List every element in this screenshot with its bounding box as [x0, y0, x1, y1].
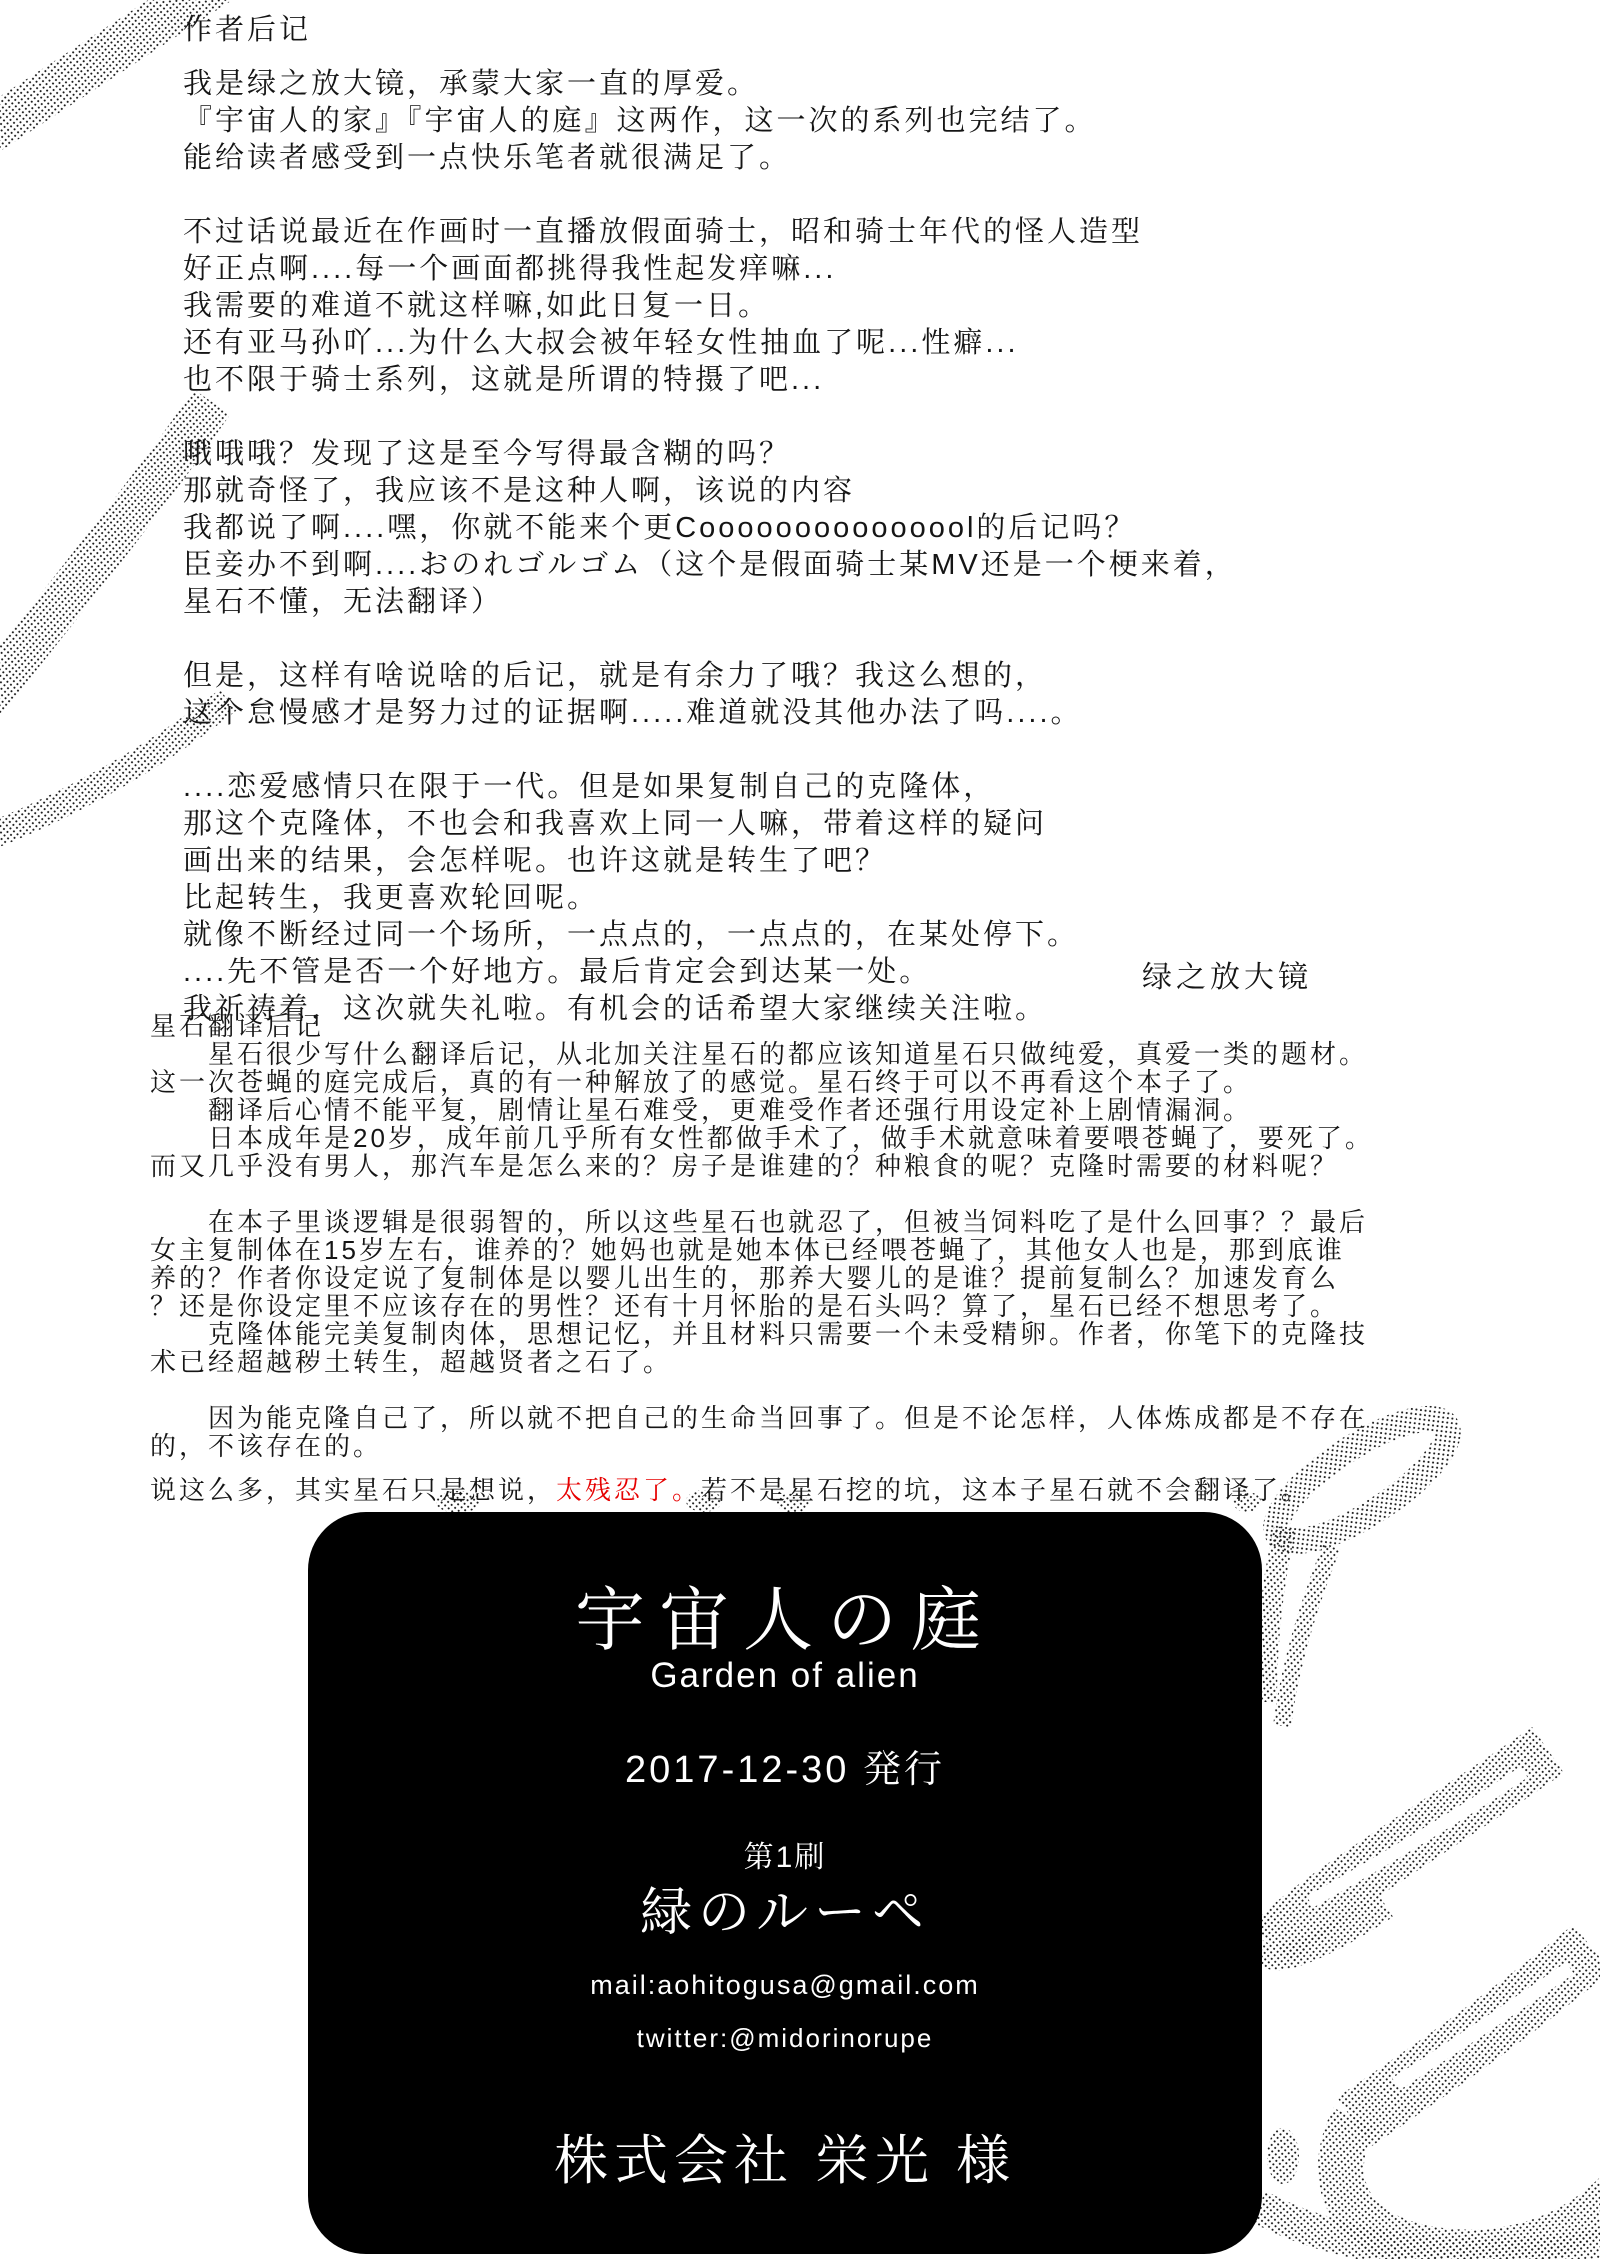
text-line: 克隆体能完美复制肉体，思想记忆，并且材料只需要一个未受精卵。作者，你笔下的克隆技	[150, 1320, 1590, 1348]
text-line: 我都说了啊....嘿，你就不能来个更Cooooooooooooool的后记吗？	[183, 510, 1583, 547]
text-line: 女主复制体在15岁左右，谁养的？她妈也就是她本体已经喂苍蝇了，其他女人也是，那到…	[150, 1236, 1590, 1264]
halftone-swirl-loop-bottom	[1341, 2118, 1600, 2253]
text-line: 比起转生，我更喜欢轮回呢。	[183, 880, 1583, 917]
contact-twitter: twitter:@midorinorupe	[308, 2023, 1262, 2054]
text-line: 而又几乎没有男人，那汽车是怎么来的？房子是谁建的？种粮食的呢？克隆时需要的材料呢…	[150, 1152, 1590, 1180]
paragraph: ....恋爱感情只在限于一代。但是如果复制自己的克隆体， 那这个克隆体，不也会和…	[183, 769, 1583, 1028]
text-line: 好正点啊....每一个画面都挑得我性起发痒嘛...	[183, 251, 1583, 288]
paragraph: 哦哦哦？发现了这是至今写得最含糊的吗？ 那就奇怪了，我应该不是这种人啊，该说的内…	[183, 436, 1583, 621]
text-line: 就像不断经过同一个场所，一点点的，一点点的，在某处停下。	[183, 917, 1583, 954]
text-line: 星石不懂，无法翻译）	[183, 584, 1583, 621]
text-line: ....先不管是否一个好地方。最后肯定会到达某一处。	[183, 954, 1583, 991]
text-line: 不过话说最近在作画时一直播放假面骑士，昭和骑士年代的怪人造型	[183, 214, 1583, 251]
text-line: 那就奇怪了，我应该不是这种人啊，该说的内容	[183, 473, 1583, 510]
author-afterword-section: 作者后记 我是绿之放大镜，承蒙大家一直的厚爱。 『宇宙人的家』『宇宙人的庭』这两…	[183, 12, 1583, 1028]
text-line: 这个怠慢感才是努力过的证据啊.....难道就没其他办法了吗....。	[183, 695, 1583, 732]
translator-notes-section: 星石翻译后记 星石很少写什么翻译后记，从北加关注星石的都应该知道星石只做纯爱，真…	[150, 1012, 1590, 1504]
circle-name: 緑のルーペ	[308, 1870, 1262, 1945]
publication-date: 2017-12-30 発行	[308, 1738, 1262, 1793]
halftone-swirl-underline	[1258, 2206, 1600, 2256]
text-line: 但是，这样有啥说啥的后记，就是有余力了哦？我这么想的，	[183, 658, 1583, 695]
text-line: 这一次苍蝇的庭完成后，真的有一种解放了的感觉。星石终于可以不再看这个本子了。	[150, 1068, 1590, 1096]
book-title: 宇宙人の庭	[308, 1564, 1262, 1665]
halftone-stripe-left-mid	[0, 402, 212, 712]
paragraph: 我是绿之放大镜，承蒙大家一直的厚爱。 『宇宙人的家』『宇宙人的庭』这两作，这一次…	[183, 66, 1583, 177]
colophon-box: 宇宙人の庭 Garden of alien 2017-12-30 発行 第1刷 …	[308, 1512, 1262, 2254]
text-line: 那这个克隆体，不也会和我喜欢上同一人嘛，带着这样的疑问	[183, 806, 1583, 843]
text-line: 臣妾办不到啊....おのれゴルゴム（这个是假面骑士某MV还是一个梗来着，	[183, 547, 1583, 584]
swirl-slit-2	[1396, 1968, 1570, 2084]
contact-mail: mail:aohitogusa@gmail.com	[308, 1970, 1262, 2001]
halftone-swirl-leaf-1	[1272, 1750, 1548, 1944]
text-line: 我是绿之放大镜，承蒙大家一直的厚爱。	[183, 66, 1583, 103]
text-line: 的，不该存在的。	[150, 1432, 1590, 1460]
paragraph: 星石很少写什么翻译后记，从北加关注星石的都应该知道星石只做纯爱，真爱一类的题材。…	[150, 1040, 1590, 1180]
swirl-slit-1	[1310, 1772, 1524, 1902]
text-line: 能给读者感受到一点快乐笔者就很满足了。	[183, 140, 1583, 177]
text-line: 『宇宙人的家』『宇宙人的庭』这两作，这一次的系列也完结了。	[183, 103, 1583, 140]
paragraph: 在本子里谈逻辑是很弱智的，所以这些星石也就忍了，但被当饲料吃了是什么回事？？最后…	[150, 1208, 1590, 1376]
translator-notes-title: 星石翻译后记	[150, 1012, 1590, 1040]
halftone-swirl-leaf-2	[1354, 1948, 1592, 2122]
author-afterword-title: 作者后记	[183, 12, 1583, 49]
text-line: 日本成年是20岁，成年前几乎所有女性都做手术了，做手术就意味着要喂苍蝇了，要死了…	[150, 1124, 1590, 1152]
text-line: 翻译后心情不能平复，剧情让星石难受，更难受作者还强行用设定补上剧情漏洞。	[150, 1096, 1590, 1124]
halftone-patch	[1267, 2128, 1299, 2184]
text-line: 也不限于骑士系列，这就是所谓的特摄了吧...	[183, 362, 1583, 399]
text-line: ？还是你设定里不应该存在的男性？还有十月怀胎的是石头吗？算了，星石已经不想思考了…	[150, 1292, 1590, 1320]
text-line: 养的？作者你设定说了复制体是以婴儿出生的，那养大婴儿的是谁？提前复制么？加速发育…	[150, 1264, 1590, 1292]
text-line: 还有亚马孙吖...为什么大叔会被年轻女性抽血了呢...性癖...	[183, 325, 1583, 362]
halftone-tail-2	[1282, 1546, 1332, 1726]
final-line-red-highlight: 太残忍了。	[556, 1475, 701, 1505]
paragraph: 但是，这样有啥说啥的后记，就是有余力了哦？我这么想的， 这个怠慢感才是努力过的证…	[183, 658, 1583, 732]
paragraph: 不过话说最近在作画时一直播放假面骑士，昭和骑士年代的怪人造型 好正点啊....每…	[183, 214, 1583, 399]
text-line: 术已经超越秽土转生，超越贤者之石了。	[150, 1348, 1590, 1376]
afterword-page: 作者后记 我是绿之放大镜，承蒙大家一直的厚爱。 『宇宙人的家』『宇宙人的庭』这两…	[0, 0, 1600, 2259]
text-line: ....恋爱感情只在限于一代。但是如果复制自己的克隆体，	[183, 769, 1583, 806]
final-line-pre: 说这么多，其实星石只是想说，	[150, 1475, 556, 1505]
printer-credit: 株式会社 栄光 様	[308, 2118, 1262, 2195]
text-line: 因为能克隆自己了，所以就不把自己的生命当回事了。但是不论怎样，人体炼成都是不存在	[150, 1404, 1590, 1432]
halftone-swirl-return-1	[1268, 1906, 1386, 1957]
text-line: 我需要的难道不就这样嘛,如此日复一日。	[183, 288, 1583, 325]
book-title-english: Garden of alien	[308, 1656, 1262, 1696]
translator-final-line: 说这么多，其实星石只是想说，太残忍了。若不是星石挖的坑，这本子星石就不会翻译了。	[150, 1476, 1590, 1504]
paragraph: 因为能克隆自己了，所以就不把自己的生命当回事了。但是不论怎样，人体炼成都是不存在…	[150, 1404, 1590, 1460]
halftone-tail-1	[1266, 1528, 1285, 1702]
text-line: 在本子里谈逻辑是很弱智的，所以这些星石也就忍了，但被当饲料吃了是什么回事？？最后	[150, 1208, 1590, 1236]
final-line-post: 若不是星石挖的坑，这本子星石就不会翻译了。	[701, 1475, 1310, 1505]
text-line: 画出来的结果，会怎样呢。也许这就是转生了吧？	[183, 843, 1583, 880]
text-line: 哦哦哦？发现了这是至今写得最含糊的吗？	[183, 436, 1583, 473]
text-line: 星石很少写什么翻译后记，从北加关注星石的都应该知道星石只做纯爱，真爱一类的题材。	[150, 1040, 1590, 1068]
author-signature: 绿之放大镜	[1000, 952, 1312, 996]
